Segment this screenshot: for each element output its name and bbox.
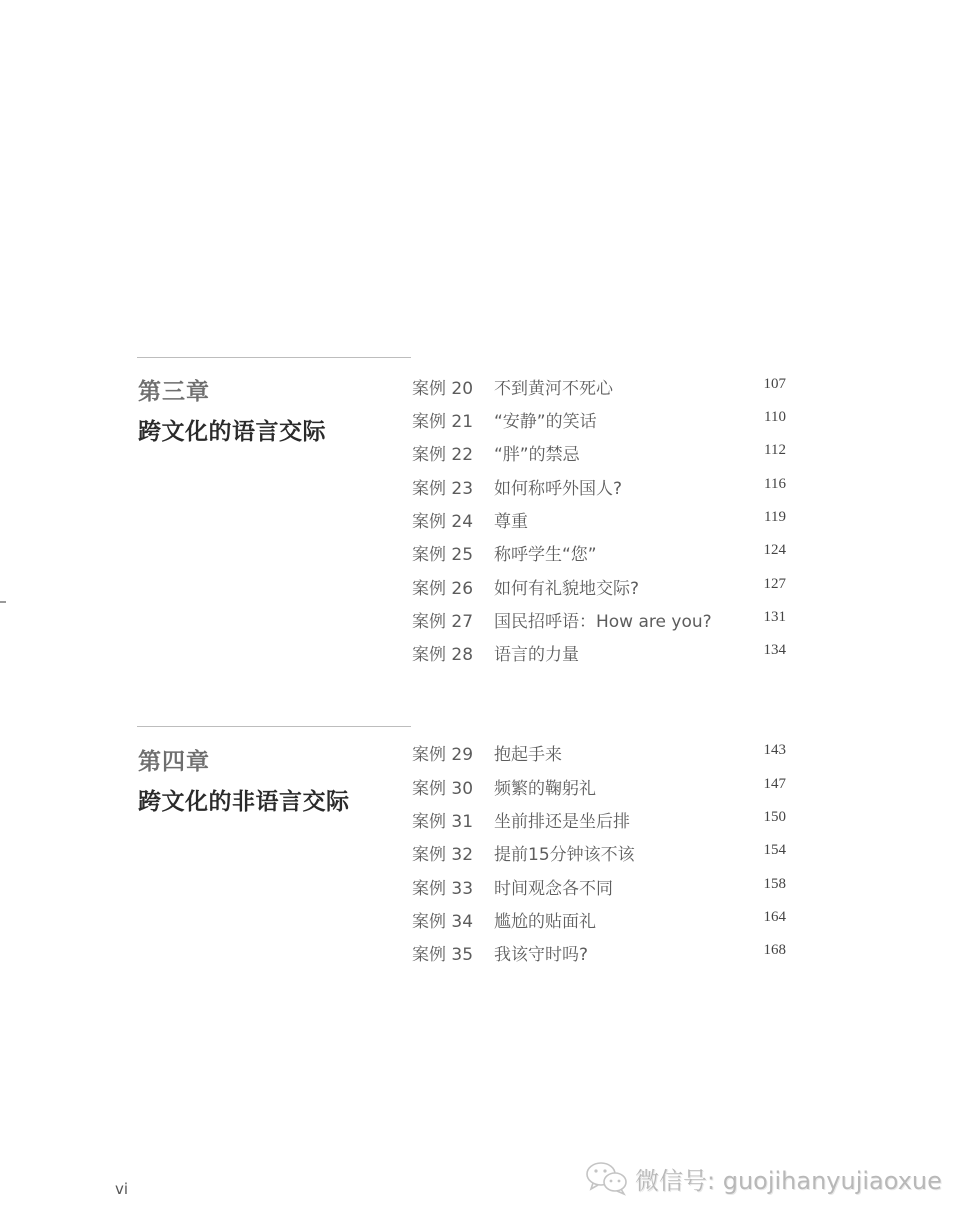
page-number: 134: [764, 642, 787, 659]
case-number: 案例 26: [412, 574, 473, 599]
case-title: “安静”的笑话: [494, 407, 597, 432]
page-number: 168: [764, 942, 787, 959]
chapter-number: 第四章: [138, 743, 210, 776]
case-number: 案例 22: [412, 440, 473, 465]
margin-mark: [0, 601, 6, 603]
case-title: “胖”的禁忌: [494, 440, 580, 465]
toc-entry[interactable]: 案例 34 尴尬的贴面礼 164: [412, 907, 792, 937]
toc-entry[interactable]: 案例 35 我该守时吗? 168: [412, 940, 792, 970]
case-number: 案例 29: [412, 740, 473, 765]
page-number: 127: [764, 576, 787, 593]
case-number: 案例 34: [412, 907, 473, 932]
case-title: 提前15分钟该不该: [494, 840, 635, 865]
page-number: 158: [764, 876, 787, 893]
wechat-id-text: 微信号: guojihanyujiaoxue: [635, 1161, 942, 1196]
case-title: 不到黄河不死心: [494, 374, 613, 399]
case-number: 案例 30: [412, 774, 473, 799]
toc-entry[interactable]: 案例 30 频繁的鞠躬礼 147: [412, 774, 792, 804]
page-number: 124: [764, 542, 787, 559]
toc-entry[interactable]: 案例 33 时间观念各不同 158: [412, 874, 792, 904]
case-title: 抱起手来: [494, 740, 562, 765]
case-title: 我该守时吗?: [494, 940, 588, 965]
toc-entry[interactable]: 案例 29 抱起手来 143: [412, 740, 792, 770]
chapter-number: 第三章: [138, 373, 210, 406]
case-title: 尊重: [494, 507, 528, 532]
toc-entry[interactable]: 案例 28 语言的力量 134: [412, 640, 792, 670]
toc-entry[interactable]: 案例 26 如何有礼貌地交际? 127: [412, 574, 792, 604]
case-number: 案例 27: [412, 607, 473, 632]
case-number: 案例 25: [412, 540, 473, 565]
page-number: 154: [764, 842, 787, 859]
case-title: 如何有礼貌地交际?: [494, 574, 639, 599]
toc-entry[interactable]: 案例 32 提前15分钟该不该 154: [412, 840, 792, 870]
chapter-divider: [137, 726, 411, 727]
chapter-title: 跨文化的非语言交际: [138, 783, 350, 816]
case-number: 案例 20: [412, 374, 473, 399]
wechat-icon: [585, 1160, 629, 1196]
toc-entry[interactable]: 案例 31 坐前排还是坐后排 150: [412, 807, 792, 837]
page-number: 143: [764, 742, 787, 759]
page-number: 112: [764, 442, 786, 459]
page-number: 131: [764, 609, 787, 626]
page-number: 119: [764, 509, 786, 526]
case-title: 尴尬的贴面礼: [494, 907, 596, 932]
toc-entry[interactable]: 案例 23 如何称呼外国人? 116: [412, 474, 792, 504]
page-folio: vi: [115, 1180, 128, 1198]
case-title: 国民招呼语：How are you?: [494, 607, 712, 632]
case-number: 案例 31: [412, 807, 473, 832]
toc-entry[interactable]: 案例 22 “胖”的禁忌 112: [412, 440, 792, 470]
page-number: 147: [764, 776, 787, 793]
case-number: 案例 35: [412, 940, 473, 965]
case-title: 频繁的鞠躬礼: [494, 774, 596, 799]
case-title: 坐前排还是坐后排: [494, 807, 630, 832]
case-number: 案例 23: [412, 474, 473, 499]
chapter-divider: [137, 357, 411, 358]
case-number: 案例 21: [412, 407, 473, 432]
case-number: 案例 32: [412, 840, 473, 865]
case-title: 称呼学生“您”: [494, 540, 597, 565]
case-title: 语言的力量: [494, 640, 579, 665]
case-title: 时间观念各不同: [494, 874, 613, 899]
page-number: 107: [764, 376, 787, 393]
page-number: 116: [764, 476, 786, 493]
page-number: 110: [764, 409, 786, 426]
toc-entry[interactable]: 案例 27 国民招呼语：How are you? 131: [412, 607, 792, 637]
toc-entry[interactable]: 案例 24 尊重 119: [412, 507, 792, 537]
case-number: 案例 28: [412, 640, 473, 665]
toc-entry[interactable]: 案例 20 不到黄河不死心 107: [412, 374, 792, 404]
case-number: 案例 24: [412, 507, 473, 532]
chapter-title: 跨文化的语言交际: [138, 413, 326, 446]
toc-entry[interactable]: 案例 21 “安静”的笑话 110: [412, 407, 792, 437]
case-number: 案例 33: [412, 874, 473, 899]
page-number: 164: [764, 909, 787, 926]
case-title: 如何称呼外国人?: [494, 474, 622, 499]
toc-entry[interactable]: 案例 25 称呼学生“您” 124: [412, 540, 792, 570]
wechat-watermark: 微信号: guojihanyujiaoxue: [585, 1158, 942, 1198]
page-number: 150: [764, 809, 787, 826]
